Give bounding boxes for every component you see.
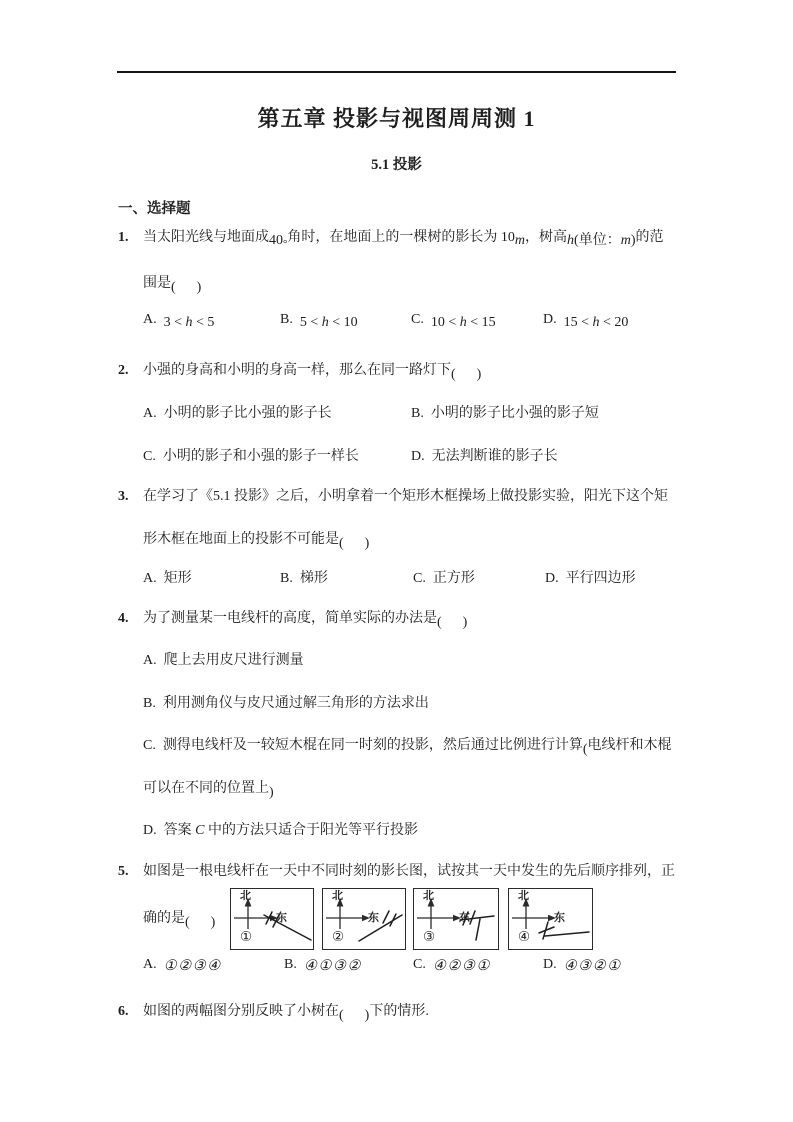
question-5-stem-line-1: 5.如图是一根电线杆在一天中不同时刻的影长图，试按其一天中发生的先后顺序排列，正 <box>118 862 675 882</box>
question-stem-text: 在学习了《5.1 投影》之后，小明拿着一个矩形木框操场上做投影实验，阳光下这个矩 <box>143 489 668 504</box>
question-1-stem-line-1: 1.当太阳光线与地面成40°角时，在地面上的一棵树的影长为 10m，树高h(单位… <box>118 228 664 248</box>
question-3-option-a: A.矩形 <box>143 567 192 587</box>
shadow-diagram-3: 北 东 ③ <box>413 888 499 950</box>
north-label: 北 <box>332 887 343 903</box>
text-segment: ( ) <box>339 1008 369 1023</box>
question-4-option-c-line-1: C.测得电线杆及一较短木棍在同一时刻的投影，然后通过比例进行计算(电线杆和木棍 <box>143 736 672 756</box>
text-segment: 平行四边形 <box>566 571 636 586</box>
option-label: D. <box>543 957 564 972</box>
option-text: ④①③② <box>304 957 362 972</box>
question-number: 4. <box>118 609 143 629</box>
option-label: B. <box>284 957 304 972</box>
question-3-options: A.矩形 B.梯形 C.正方形 D.平行四边形 <box>0 567 793 589</box>
text-segment: m <box>621 233 631 248</box>
question-5-option-d: D.④③②① <box>543 956 622 973</box>
question-number: 5. <box>118 862 143 882</box>
page-title: 第五章 投影与视图周周测 1 <box>0 102 793 133</box>
question-stem-text: 如图的两幅图分别反映了小树在( )下的情形. <box>143 1004 429 1023</box>
question-4-option-d: D.答案 C 中的方法只适合于阳光等平行投影 <box>143 821 418 841</box>
text-segment: 小强的身高和小明的身高一样，那么在同一路灯下 <box>143 363 451 378</box>
shadow-diagram-1: 北 东 ① <box>230 888 314 950</box>
text-segment: 利用测角仪与皮尺通过解三角形的方法求出 <box>163 696 429 711</box>
text-segment: h <box>593 315 600 330</box>
text-segment: < 15 <box>467 315 496 330</box>
option-text: 爬上去用皮尺进行测量 <box>164 653 304 668</box>
header-rule <box>117 71 676 73</box>
question-stem-text: 围是( ) <box>143 276 201 295</box>
text-segment: 答案 <box>164 823 196 838</box>
text-segment: 梯形 <box>300 571 328 586</box>
option-text: ①②③④ <box>164 957 222 972</box>
option-text: 10 < h < 15 <box>431 315 496 330</box>
question-stem-text: 为了测量某一电线杆的高度，简单实际的办法是( ) <box>143 611 467 630</box>
question-2-option-c: C.小明的影子和小强的影子一样长 <box>143 445 359 465</box>
question-5-option-a: A.①②③④ <box>143 956 222 973</box>
question-3-option-d: D.平行四边形 <box>545 567 636 587</box>
option-text: 小明的影子和小强的影子一样长 <box>163 449 359 464</box>
option-text: 答案 C 中的方法只适合于阳光等平行投影 <box>164 823 418 838</box>
question-5-options: A.①②③④ B.④①③② C.④②③① D.④③②① <box>0 956 793 978</box>
text-segment: 无法判断谁的影子长 <box>432 449 558 464</box>
text-segment: ( ) <box>451 367 481 382</box>
question-3-option-b: B.梯形 <box>280 567 328 587</box>
text-segment: 确的是 <box>143 911 185 926</box>
option-text: 平行四边形 <box>566 571 636 586</box>
text-segment: 电线杆和木棍 <box>588 738 672 753</box>
option-text: 测得电线杆及一较短木棍在同一时刻的投影，然后通过比例进行计算(电线杆和木棍 <box>163 738 672 757</box>
option-text: ④②③① <box>433 957 491 972</box>
question-stem-text: 当太阳光线与地面成40°角时，在地面上的一棵树的影长为 10m，树高h(单位：m… <box>143 230 664 245</box>
question-2-options-row-2: C.小明的影子和小强的影子一样长 D.无法判断谁的影子长 <box>0 445 793 467</box>
section-heading: 一、选择题 <box>118 197 191 218</box>
question-2-option-d: D.无法判断谁的影子长 <box>411 445 558 465</box>
diagram-number: ③ <box>423 929 435 944</box>
shadow-diagram-4: 北 东 ④ <box>508 888 593 950</box>
question-1-stem-line-2: 围是( ) <box>143 274 201 294</box>
option-text: 矩形 <box>164 571 192 586</box>
text-segment: 正方形 <box>433 571 475 586</box>
option-text: 3 < h < 5 <box>164 315 215 330</box>
question-2-option-b: B.小明的影子比小强的影子短 <box>411 402 599 422</box>
question-5-option-c: C.④②③① <box>413 956 491 973</box>
text-segment: ° <box>283 238 287 250</box>
option-text: 无法判断谁的影子长 <box>432 449 558 464</box>
text-segment: 3 < <box>164 315 186 330</box>
question-stem-text: 如图是一根电线杆在一天中不同时刻的影长图，试按其一天中发生的先后顺序排列，正 <box>143 864 675 879</box>
text-segment: h <box>460 315 467 330</box>
text-segment: 围是 <box>143 276 171 291</box>
question-2-option-a: A.小明的影子比小强的影子长 <box>143 402 332 422</box>
option-label: D. <box>411 449 432 464</box>
option-label: A. <box>143 957 164 972</box>
page-subtitle: 5.1 投影 <box>0 153 793 174</box>
question-number: 6. <box>118 1002 143 1022</box>
option-text: 梯形 <box>300 571 328 586</box>
text-segment: 在学习了《5.1 投影》之后，小明拿着一个矩形木框操场上做投影实验，阳光下这个矩 <box>143 489 668 504</box>
text-segment: ) <box>269 785 274 800</box>
question-6-stem-line-1: 6.如图的两幅图分别反映了小树在( )下的情形. <box>118 1002 429 1022</box>
text-segment: < 5 <box>193 315 215 330</box>
option-label: D. <box>543 312 564 327</box>
east-label: 东 <box>368 909 379 925</box>
question-4-stem-line-1: 4.为了测量某一电线杆的高度，简单实际的办法是( ) <box>118 609 467 629</box>
question-5-stem-line-2: 确的是( ) <box>143 909 215 929</box>
question-number: 3. <box>118 487 143 507</box>
north-label: 北 <box>518 887 529 903</box>
question-1-option-c: C.10 < h < 15 <box>411 312 496 328</box>
option-text: 可以在不同的位置上) <box>143 781 274 800</box>
question-2-stem-line-1: 2.小强的身高和小明的身高一样，那么在同一路灯下( ) <box>118 361 481 381</box>
text-segment: ①②③④ <box>164 958 222 974</box>
question-stem-text: 确的是( ) <box>143 911 215 930</box>
text-segment: 可以在不同的位置上 <box>143 781 269 796</box>
text-segment: 5 < <box>300 315 322 330</box>
option-label: C. <box>143 738 163 753</box>
diagram-number: ① <box>240 929 252 944</box>
option-label: C. <box>413 571 433 586</box>
text-segment: (单位： <box>574 233 621 248</box>
north-label: 北 <box>423 887 434 903</box>
text-segment: ( ) <box>339 536 369 551</box>
shadow-diagram-2: 北 东 ② <box>322 888 406 950</box>
option-text: 15 < h < 20 <box>564 315 629 330</box>
option-text: 小明的影子比小强的影子短 <box>431 406 599 421</box>
option-label: A. <box>143 571 164 586</box>
option-label: B. <box>411 406 431 421</box>
text-segment: ④③②① <box>564 958 622 974</box>
text-segment: < 20 <box>600 315 629 330</box>
text-segment: 为了测量某一电线杆的高度，简单实际的办法是 <box>143 611 437 626</box>
text-segment: 中的方法只适合于阳光等平行投影 <box>204 823 418 838</box>
question-4-option-a: A.爬上去用皮尺进行测量 <box>143 651 304 671</box>
option-label: A. <box>143 312 164 327</box>
text-segment: ( ) <box>185 915 215 930</box>
question-3-option-c: C.正方形 <box>413 567 475 587</box>
question-3-stem-line-2: 形木框在地面上的投影不可能是( ) <box>143 530 369 550</box>
question-stem-text: 形木框在地面上的投影不可能是( ) <box>143 532 369 551</box>
worksheet-page: { "header": { "title": "第五章 投影与视图周周测 1",… <box>0 0 793 1122</box>
question-4-option-c-line-2: 可以在不同的位置上) <box>143 779 274 799</box>
option-text: ④③②① <box>564 957 622 972</box>
text-segment: 矩形 <box>164 571 192 586</box>
option-label: B. <box>143 696 163 711</box>
east-label: 东 <box>459 909 470 925</box>
text-segment: 小明的影子比小强的影子短 <box>431 406 599 421</box>
option-label: C. <box>143 449 163 464</box>
option-text: 小明的影子比小强的影子长 <box>164 406 332 421</box>
text-segment: ( ) <box>437 615 467 630</box>
text-segment: 15 < <box>564 315 593 330</box>
option-label: C. <box>411 312 431 327</box>
text-segment: 40 <box>269 233 283 248</box>
option-label: A. <box>143 406 164 421</box>
question-2-options-row-1: A.小明的影子比小强的影子长 B.小明的影子比小强的影子短 <box>0 402 793 424</box>
text-segment: ④①③② <box>304 958 362 974</box>
text-segment: < 10 <box>329 315 358 330</box>
question-1-option-d: D.15 < h < 20 <box>543 312 628 328</box>
question-1-option-a: A.3 < h < 5 <box>143 312 214 328</box>
text-segment: 下的情形. <box>369 1004 429 1019</box>
question-number: 1. <box>118 228 143 248</box>
north-label: 北 <box>240 887 251 903</box>
text-segment: 形木框在地面上的投影不可能是 <box>143 532 339 547</box>
east-label: 东 <box>554 909 565 925</box>
option-label: A. <box>143 653 164 668</box>
text-segment: ( ) <box>171 280 201 295</box>
text-segment: m <box>515 233 525 248</box>
option-text: 利用测角仪与皮尺通过解三角形的方法求出 <box>163 696 429 711</box>
question-3-stem-line-1: 3.在学习了《5.1 投影》之后，小明拿着一个矩形木框操场上做投影实验，阳光下这… <box>118 487 668 507</box>
text-segment: 爬上去用皮尺进行测量 <box>164 653 304 668</box>
option-label: D. <box>143 823 164 838</box>
option-text: 正方形 <box>433 571 475 586</box>
text-segment: ④②③① <box>433 958 491 974</box>
text-segment: ) <box>631 233 636 248</box>
text-segment: h <box>567 233 574 248</box>
question-stem-text: 小强的身高和小明的身高一样，那么在同一路灯下( ) <box>143 363 481 382</box>
east-label: 东 <box>276 909 287 925</box>
text-segment: 如图是一根电线杆在一天中不同时刻的影长图，试按其一天中发生的先后顺序排列，正 <box>143 864 675 879</box>
question-1-options: A.3 < h < 5 B.5 < h < 10 C.10 < h < 15 D… <box>0 312 793 334</box>
question-5-option-b: B.④①③② <box>284 956 362 973</box>
diagram-number: ④ <box>518 929 530 944</box>
text-segment: 小明的影子比小强的影子长 <box>164 406 332 421</box>
text-segment: 的范 <box>636 230 664 245</box>
text-segment: ( <box>583 742 588 757</box>
option-label: D. <box>545 571 566 586</box>
diagram-number: ② <box>332 929 344 944</box>
option-text: 5 < h < 10 <box>300 315 358 330</box>
question-number: 2. <box>118 361 143 381</box>
option-label: B. <box>280 312 300 327</box>
text-segment: ，树高 <box>525 230 567 245</box>
text-segment: 如图的两幅图分别反映了小树在 <box>143 1004 339 1019</box>
option-label: C. <box>413 957 433 972</box>
text-segment: 角时，在地面上的一棵树的影长为 10 <box>287 230 515 245</box>
option-label: B. <box>280 571 300 586</box>
text-segment: h <box>322 315 329 330</box>
text-segment: 小明的影子和小强的影子一样长 <box>163 449 359 464</box>
text-segment: 10 < <box>431 315 460 330</box>
question-1-option-b: B.5 < h < 10 <box>280 312 358 328</box>
text-segment: 测得电线杆及一较短木棍在同一时刻的投影，然后通过比例进行计算 <box>163 738 583 753</box>
question-4-option-b: B.利用测角仪与皮尺通过解三角形的方法求出 <box>143 694 429 714</box>
text-segment: h <box>186 315 193 330</box>
text-segment: 当太阳光线与地面成 <box>143 230 269 245</box>
